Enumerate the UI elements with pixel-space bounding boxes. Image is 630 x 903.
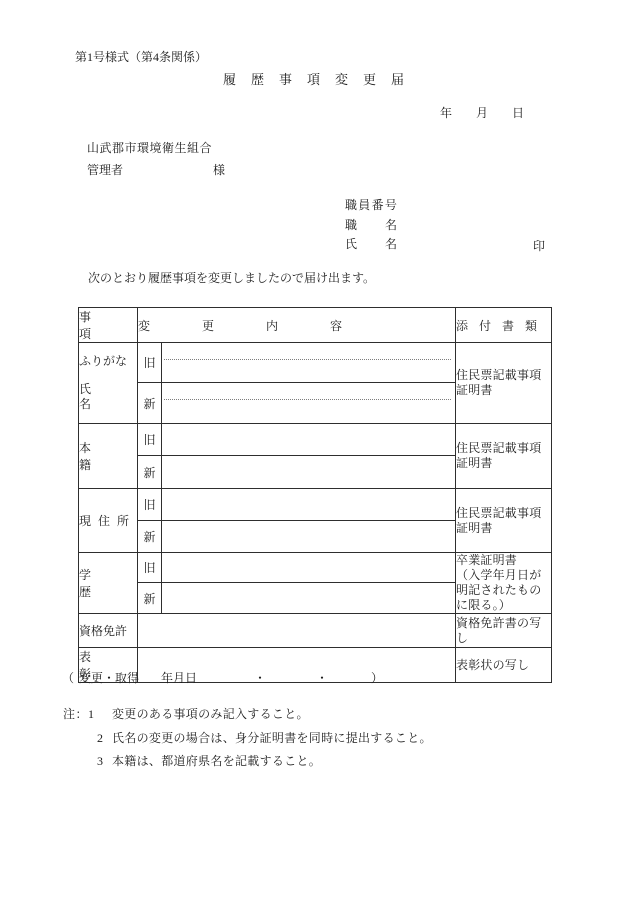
row-domicile-old: 本籍 旧 住民票記載事項 証明書	[79, 424, 552, 456]
note-text: 氏名の変更の場合は、身分証明書を同時に提出すること。	[112, 731, 432, 745]
item-label-address: 現住所	[79, 489, 138, 553]
old-label: 旧	[138, 424, 162, 456]
change-items-table: 事項 変更内容 添付書類 ふりがな 氏名 旧 住民票記載事項 証明書 新 本籍 …	[78, 307, 552, 683]
attachment-domicile: 住民票記載事項 証明書	[456, 424, 552, 489]
education-old-content-cell	[162, 553, 456, 583]
note-number: 3	[97, 750, 112, 774]
date-separator-dot: ・	[254, 669, 266, 686]
note-text: 変更のある事項のみ記入すること。	[112, 707, 309, 721]
note-line: 注：1変更のある事項のみ記入すること。	[63, 703, 432, 727]
new-label: 新	[138, 456, 162, 489]
ymd-label: 年月日	[161, 669, 197, 686]
name-old-content-cell	[162, 343, 456, 383]
education-new-content-cell	[162, 583, 456, 614]
name-label: 氏名	[345, 235, 425, 255]
domicile-new-content-cell	[162, 456, 456, 489]
row-name-old: ふりがな 氏名 旧 住民票記載事項 証明書	[79, 343, 552, 383]
old-label: 旧	[138, 343, 162, 383]
address-new-content-cell	[162, 521, 456, 553]
qualifications-content-cell	[138, 614, 456, 648]
seal-mark: 印	[533, 237, 545, 254]
address-old-content-cell	[162, 489, 456, 521]
table-header-row: 事項 変更内容 添付書類	[79, 308, 552, 343]
note-line: 2氏名の変更の場合は、身分証明書を同時に提出すること。	[63, 727, 432, 751]
organization-name: 山武郡市環境衛生組合	[87, 139, 212, 156]
document-title: 履歴事項変更届	[223, 69, 419, 88]
note-number: 注：1	[63, 703, 112, 727]
submitter-fields: 職員番号 職名 氏名	[345, 196, 425, 255]
attachment-address: 住民票記載事項 証明書	[456, 489, 552, 553]
domicile-old-content-cell	[162, 424, 456, 456]
name-new-content-cell	[162, 383, 456, 424]
item-label-domicile: 本籍	[79, 424, 138, 489]
row-qualifications: 資格免許 資格免許書の写 し	[79, 614, 552, 648]
note-number: 2	[97, 727, 112, 751]
item-label-name: ふりがな 氏名	[79, 343, 138, 424]
intro-sentence: 次のとおり履歴事項を変更しましたので届け出ます。	[88, 269, 375, 286]
note-text: 本籍は、都道府県名を記載すること。	[112, 754, 321, 768]
paren-close: ）	[371, 669, 383, 686]
form-number-label: 第1号様式（第4条関係）	[75, 48, 207, 65]
item-label-education: 学歴	[79, 553, 138, 614]
date-separator-dot: ・	[316, 669, 328, 686]
document-page: 第1号様式（第4条関係） 履歴事項変更届 年月日 山武郡市環境衛生組合 管理者 …	[0, 0, 630, 903]
row-education-old: 学歴 旧 卒業証明書 （入学年月日が 明記されたもの に限る。）	[79, 553, 552, 583]
note-line: 3本籍は、都道府県名を記載すること。	[63, 750, 432, 774]
position-label: 職名	[345, 216, 425, 236]
old-label: 旧	[138, 489, 162, 521]
staff-number-label: 職員番号	[345, 196, 425, 216]
change-acquired-label: 変更・取得	[79, 669, 139, 686]
attachment-qualifications: 資格免許書の写 し	[456, 614, 552, 648]
new-label: 新	[138, 583, 162, 614]
furigana-label: ふりがな	[79, 354, 137, 369]
furigana-dotted-line	[164, 399, 451, 400]
attachment-awards: 表彰状の写し	[456, 648, 552, 683]
change-acquired-date-line: （ 変更・取得 年月日 ・ ・ ）	[62, 669, 392, 685]
header-item: 事項	[79, 308, 138, 343]
header-change-content: 変更内容	[138, 308, 456, 343]
honorific-label: 様	[213, 161, 225, 178]
new-label: 新	[138, 383, 162, 424]
attachment-name: 住民票記載事項 証明書	[456, 343, 552, 424]
attachment-education: 卒業証明書 （入学年月日が 明記されたもの に限る。）	[456, 553, 552, 614]
notes-block: 注：1変更のある事項のみ記入すること。 2氏名の変更の場合は、身分証明書を同時に…	[63, 703, 432, 774]
new-label: 新	[138, 521, 162, 553]
header-attachments: 添付書類	[456, 308, 552, 343]
item-label-qualifications: 資格免許	[79, 614, 138, 648]
date-placeholder-line: 年月日	[440, 104, 548, 121]
furigana-dotted-line	[164, 359, 451, 360]
row-address-old: 現住所 旧 住民票記載事項 証明書	[79, 489, 552, 521]
paren-open: （	[62, 669, 74, 686]
name-item-label: 氏名	[79, 382, 137, 412]
addressee-label: 管理者	[87, 161, 123, 178]
old-label: 旧	[138, 553, 162, 583]
